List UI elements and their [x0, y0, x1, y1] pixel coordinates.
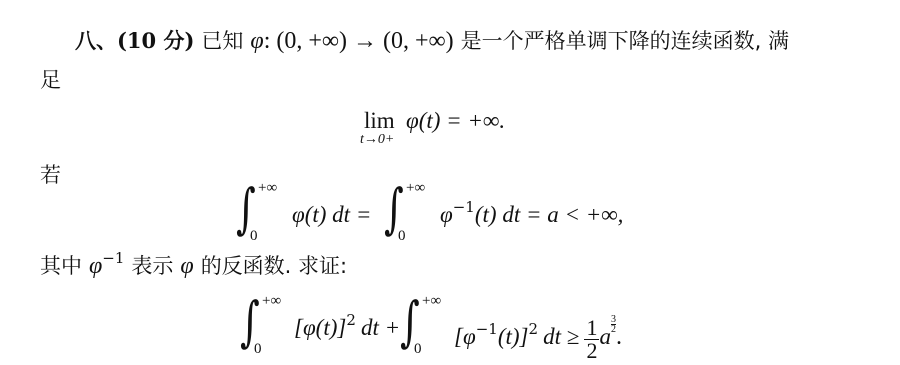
text-denotes: 表示	[131, 254, 173, 278]
integral-term-1: φ(t) dt =	[292, 202, 371, 228]
text-if: 若	[40, 163, 61, 187]
text-satisfy: 足	[40, 68, 61, 92]
text-monotone-continuous: 是一个严格单调下降的连续函数, 满	[461, 29, 789, 53]
phi-inverse-close: (t)]	[498, 324, 529, 349]
problem-statement-line-1: 八、(10 分) 已知 φ: (0, +∞) → (0, +∞) 是一个严格单调…	[75, 28, 789, 55]
phi-squared: [φ(t)]	[294, 315, 346, 340]
inverse-exponent: −1	[476, 320, 498, 338]
integral-lower-limit: 0	[414, 341, 422, 358]
fraction-numerator: 1	[584, 317, 599, 340]
phi-symbol: φ	[250, 28, 263, 54]
integral-upper-limit: +∞	[422, 293, 441, 310]
phi-symbol: φ	[440, 202, 453, 227]
problem-statement-if: 若	[40, 162, 61, 189]
mapping-domain-range: : (0, +∞) → (0, +∞)	[264, 28, 454, 54]
limit-expression: φ(t) = +∞.	[406, 108, 505, 134]
inequality-term-1: [φ(t)]2 dt +	[294, 315, 400, 341]
fraction-one-half: 1 2	[584, 317, 599, 362]
integral-term-2-rest: (t) dt = a < +∞,	[475, 202, 624, 227]
limit-subscript: t→0+	[360, 132, 394, 148]
fraction-denominator: 2	[584, 340, 599, 362]
integral-equation-1: ∫ +∞ 0 φ(t) dt = ∫ +∞ 0 φ−1(t) dt = a < …	[236, 180, 656, 250]
inequality-term-1-rest: dt +	[361, 315, 400, 340]
integral-upper-limit: +∞	[406, 180, 425, 197]
base-a: a	[599, 324, 611, 349]
period: .	[616, 324, 622, 350]
integral-term-2: φ−1(t) dt = a < +∞,	[440, 202, 623, 228]
square-exponent: 2	[528, 320, 538, 338]
integral-lower-limit: 0	[250, 228, 258, 245]
problem-number: 八、	[75, 29, 117, 53]
phi-symbol: φ	[180, 253, 193, 279]
text-where: 其中	[40, 254, 82, 278]
square-exponent: 2	[346, 311, 356, 329]
problem-points: (10 分)	[117, 28, 194, 53]
limit-equation: lim t→0+ φ(t) = +∞.	[360, 108, 560, 148]
problem-statement-line-2: 足	[40, 67, 61, 94]
problem-statement-where: 其中 φ−1 表示 φ 的反函数. 求证:	[40, 253, 347, 280]
limit-operator: lim	[364, 108, 395, 134]
integral-upper-limit: +∞	[258, 180, 277, 197]
inequality-term-2-rest: dt ≥	[543, 324, 579, 349]
inverse-exponent: −1	[102, 249, 124, 267]
inverse-exponent: −1	[453, 198, 475, 216]
text-inverse-prove: 的反函数. 求证:	[201, 254, 347, 278]
text-given: 已知	[201, 29, 243, 53]
integral-lower-limit: 0	[254, 341, 262, 358]
phi-inverse-open: [φ	[454, 324, 476, 349]
integral-inequality: ∫ +∞ 0 [φ(t)]2 dt + ∫ +∞ 0 [φ−1(t)]2 dt …	[240, 293, 660, 363]
integral-upper-limit: +∞	[262, 293, 281, 310]
inequality-term-2: [φ−1(t)]2 dt ≥ 1 2 a 3 2 .	[454, 315, 622, 362]
phi-symbol: φ	[89, 253, 102, 279]
integral-lower-limit: 0	[398, 228, 406, 245]
